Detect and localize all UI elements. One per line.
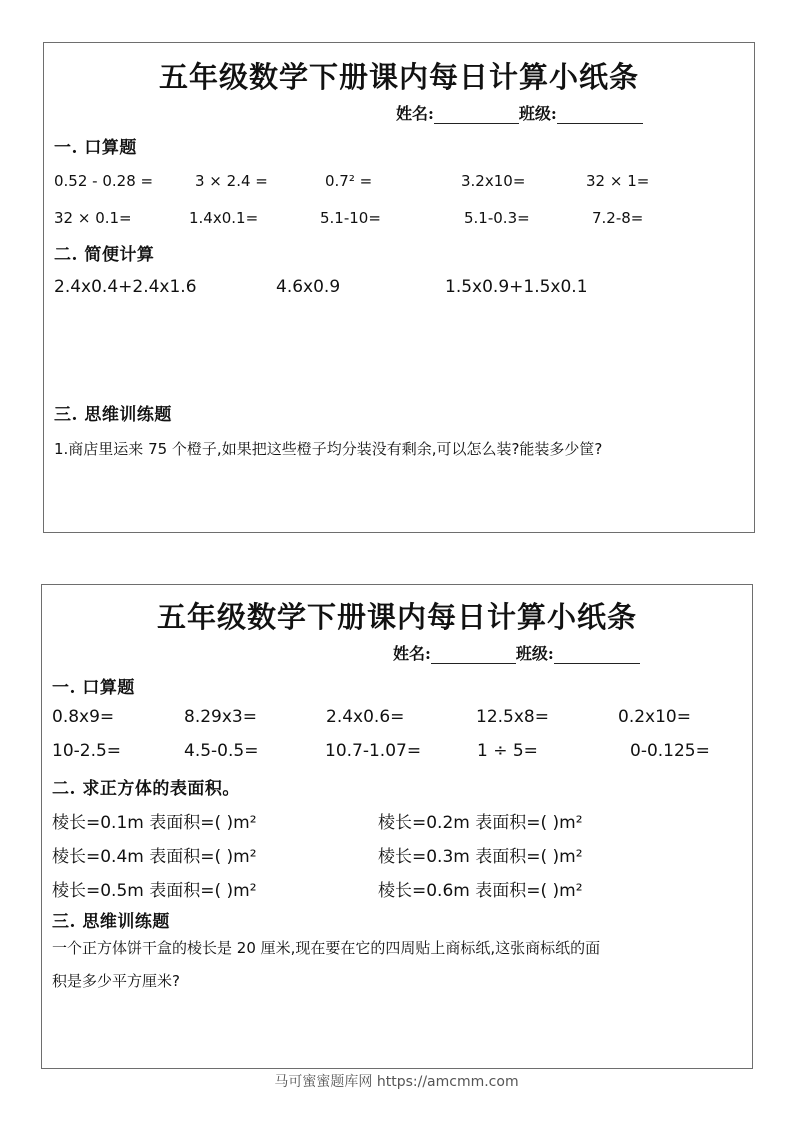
problem: 0-0.125= (630, 741, 710, 761)
section-heading-thinking: 三. 思维训练题 (52, 907, 170, 932)
surface-row-2: 棱长=0.4m 表面积=( )m² 棱长=0.3m 表面积=( )m² (52, 842, 746, 866)
word-problem-line-2: 积是多少平方厘米? (52, 965, 738, 998)
problem: 32 × 0.1= (54, 209, 132, 227)
surface-row-1: 棱长=0.1m 表面积=( )m² 棱长=0.2m 表面积=( )m² (52, 808, 746, 832)
worksheet-card-2: 五年级数学下册课内每日计算小纸条 姓名: 班级: 一. 口算题 0.8x9= 8… (41, 584, 753, 1069)
problem: 棱长=0.2m 表面积=( )m² (378, 808, 583, 833)
worksheet-title: 五年级数学下册课内每日计算小纸条 (42, 595, 752, 636)
class-label: 班级: (516, 641, 554, 664)
problem: 10-2.5= (52, 741, 121, 761)
name-class-row: 姓名: 班级: (393, 641, 640, 664)
problem: 0.7² = (325, 172, 372, 190)
problem: 5.1-10= (320, 209, 381, 227)
problem: 10.7-1.07= (325, 741, 421, 761)
problem: 棱长=0.4m 表面积=( )m² (52, 842, 257, 867)
problem: 8.29x3= (184, 707, 257, 727)
problem: 1.5x0.9+1.5x0.1 (445, 277, 588, 297)
oral-row-1: 0.8x9= 8.29x3= 2.4x0.6= 12.5x8= 0.2x10= (52, 707, 746, 731)
problem: 3 × 2.4 = (195, 172, 268, 190)
simplify-row: 2.4x0.4+2.4x1.6 4.6x0.9 1.5x0.9+1.5x0.1 (54, 277, 748, 301)
word-problem: 一个正方体饼干盒的棱长是 20 厘米,现在要在它的四周贴上商标纸,这张商标纸的面… (52, 932, 738, 998)
problem: 5.1-0.3= (464, 209, 530, 227)
problem: 棱长=0.6m 表面积=( )m² (378, 876, 583, 901)
section-heading-oral: 一. 口算题 (52, 673, 135, 698)
oral-row-2: 32 × 0.1= 1.4x0.1= 5.1-10= 5.1-0.3= 7.2-… (54, 209, 748, 233)
oral-row-1: 0.52 - 0.28 = 3 × 2.4 = 0.7² = 3.2x10= 3… (54, 172, 748, 196)
section-heading-oral: 一. 口算题 (54, 133, 137, 158)
problem: 0.52 - 0.28 = (54, 172, 153, 190)
worksheet-card-1: 五年级数学下册课内每日计算小纸条 姓名: 班级: 一. 口算题 0.52 - 0… (43, 42, 755, 533)
class-label: 班级: (519, 101, 557, 124)
problem: 12.5x8= (476, 707, 549, 727)
oral-row-2: 10-2.5= 4.5-0.5= 10.7-1.07= 1 ÷ 5= 0-0.1… (52, 741, 746, 765)
problem: 棱长=0.3m 表面积=( )m² (378, 842, 583, 867)
problem: 0.2x10= (618, 707, 691, 727)
problem: 0.8x9= (52, 707, 114, 727)
name-blank[interactable] (431, 646, 516, 664)
problem: 棱长=0.5m 表面积=( )m² (52, 876, 257, 901)
section-heading-thinking: 三. 思维训练题 (54, 400, 172, 425)
word-problem-line-1: 一个正方体饼干盒的棱长是 20 厘米,现在要在它的四周贴上商标纸,这张商标纸的面 (52, 932, 738, 965)
word-problem: 1.商店里运来 75 个橙子,如果把这些橙子均分装没有剩余,可以怎么装?能装多少… (54, 433, 740, 466)
problem: 2.4x0.6= (326, 707, 404, 727)
name-label: 姓名: (396, 101, 434, 124)
section-heading-simplify: 二. 简便计算 (54, 240, 154, 265)
surface-row-3: 棱长=0.5m 表面积=( )m² 棱长=0.6m 表面积=( )m² (52, 876, 746, 900)
class-blank[interactable] (554, 646, 640, 664)
name-label: 姓名: (393, 641, 431, 664)
worksheet-title: 五年级数学下册课内每日计算小纸条 (44, 55, 754, 96)
class-blank[interactable] (557, 106, 643, 124)
footer-watermark: 马可蜜蜜题库网 https://amcmm.com (0, 1071, 793, 1091)
name-blank[interactable] (434, 106, 519, 124)
problem: 4.6x0.9 (276, 277, 340, 297)
problem: 4.5-0.5= (184, 741, 258, 761)
problem: 7.2-8= (592, 209, 643, 227)
problem: 1 ÷ 5= (477, 741, 538, 761)
problem: 棱长=0.1m 表面积=( )m² (52, 808, 257, 833)
name-class-row: 姓名: 班级: (396, 101, 643, 124)
problem: 1.4x0.1= (189, 209, 258, 227)
problem: 2.4x0.4+2.4x1.6 (54, 277, 197, 297)
problem: 3.2x10= (461, 172, 525, 190)
problem: 32 × 1= (586, 172, 649, 190)
section-heading-surface-area: 二. 求正方体的表面积。 (52, 774, 240, 799)
